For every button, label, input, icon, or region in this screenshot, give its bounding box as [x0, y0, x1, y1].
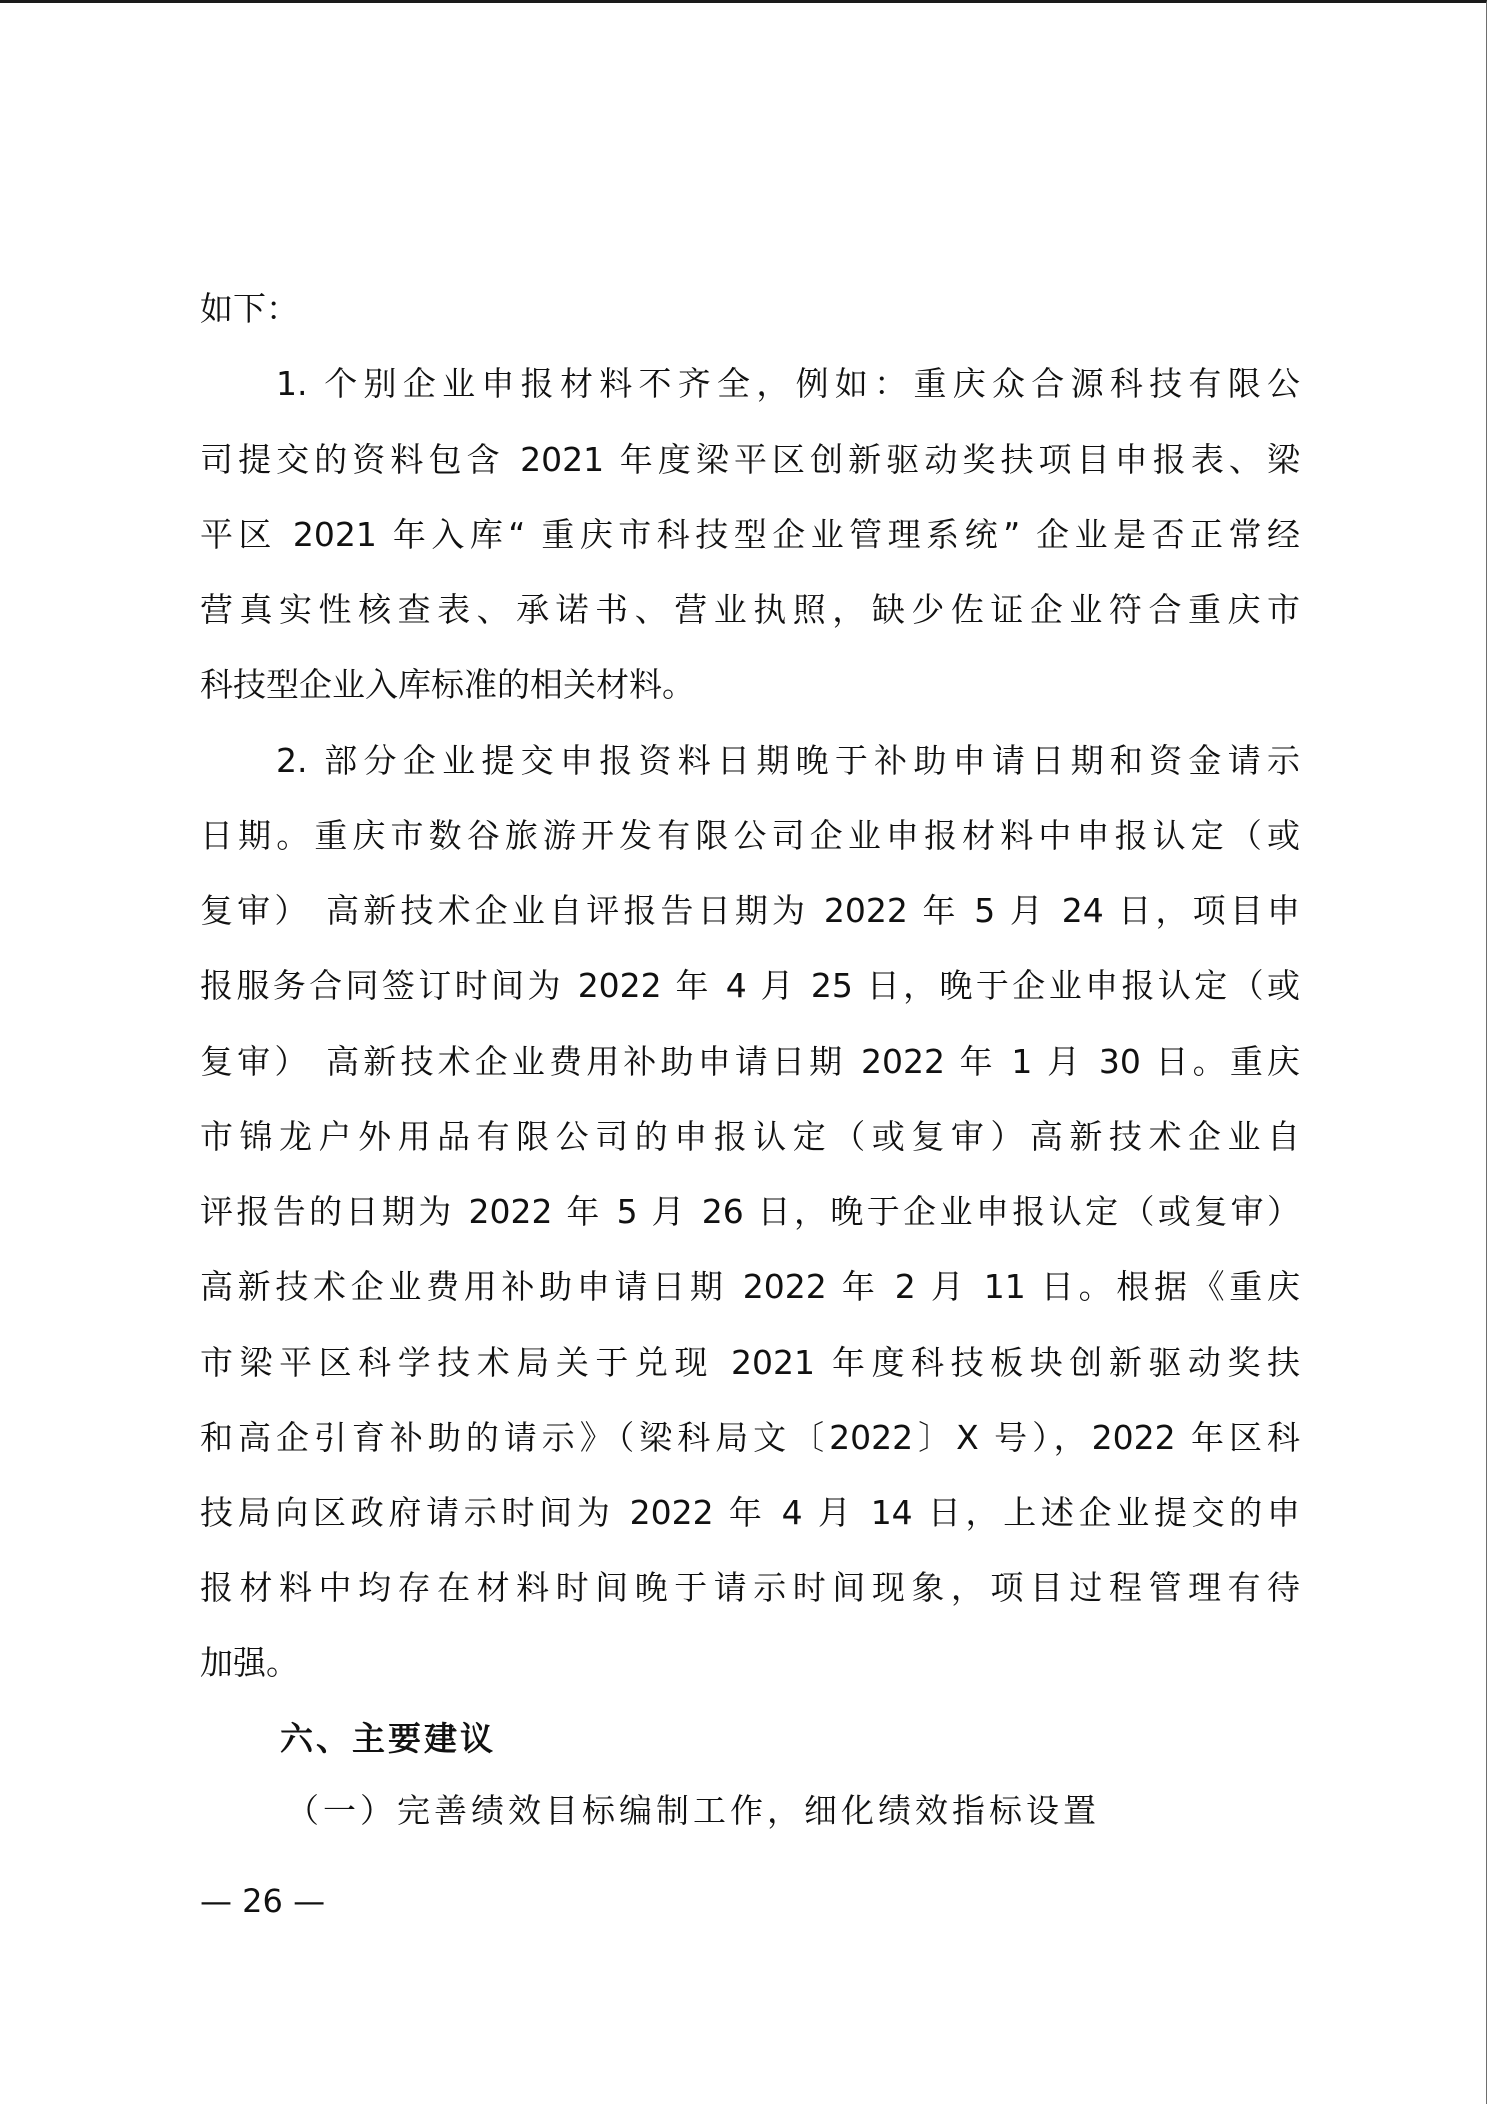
paragraph-line: 科技型企业入库标准的相关材料。 [200, 663, 1300, 707]
paragraph-line: 2. 部分企业提交申报资料日期晚于补助申请日期和资金请示 [276, 739, 1300, 783]
document-page: 如下： 1. 个别企业申报材料不齐全，例如：重庆众合源科技有限公 司提交的资料包… [0, 0, 1487, 2104]
paragraph-line: 平区 2021 年入库“ 重庆市科技型企业管理系统” 企业是否正常经 [200, 513, 1300, 557]
paragraph-line: 司提交的资料包含 2021 年度梁平区创新驱动奖扶项目申报表、梁 [200, 438, 1300, 482]
page-number: — 26 — [200, 1879, 325, 1923]
paragraph-line: 营真实性核查表、承诺书、营业执照，缺少佐证企业符合重庆市 [200, 588, 1300, 632]
paragraph-line: 复审） 高新技术企业自评报告日期为 2022 年 5 月 24 日，项目申 [200, 889, 1300, 933]
paragraph-line: 报材料中均存在材料时间晚于请示时间现象，项目过程管理有待 [200, 1566, 1300, 1610]
subsection-heading: （一）完善绩效目标编制工作，细化绩效指标设置 [286, 1789, 1100, 1833]
paragraph-line: 技局向区政府请示时间为 2022 年 4 月 14 日，上述企业提交的申 [200, 1491, 1300, 1535]
paragraph-line: 和高企引育补助的请示》（梁科局文〔2022〕X 号），2022 年区科 [200, 1416, 1300, 1460]
paragraph-line: 报服务合同签订时间为 2022 年 4 月 25 日，晚于企业申报认定（或 [200, 964, 1300, 1008]
paragraph-line: 日期。重庆市数谷旅游开发有限公司企业申报材料中申报认定（或 [200, 814, 1300, 858]
paragraph-line: 复审） 高新技术企业费用补助申请日期 2022 年 1 月 30 日。重庆 [200, 1040, 1300, 1084]
paragraph-line: 加强。 [200, 1641, 1300, 1685]
paragraph-line: 市锦龙户外用品有限公司的申报认定（或复审）高新技术企业自 [200, 1115, 1300, 1159]
paragraph-line: 高新技术企业费用补助申请日期 2022 年 2 月 11 日。根据《重庆 [200, 1265, 1300, 1309]
section-heading: 六、主要建议 [280, 1717, 496, 1761]
paragraph-line: 评报告的日期为 2022 年 5 月 26 日，晚于企业申报认定（或复审） [200, 1190, 1300, 1234]
paragraph-line: 市梁平区科学技术局关于兑现 2021 年度科技板块创新驱动奖扶 [200, 1341, 1300, 1385]
paragraph-line: 1. 个别企业申报材料不齐全，例如：重庆众合源科技有限公 [276, 362, 1300, 406]
intro-text: 如下： [200, 287, 1300, 331]
